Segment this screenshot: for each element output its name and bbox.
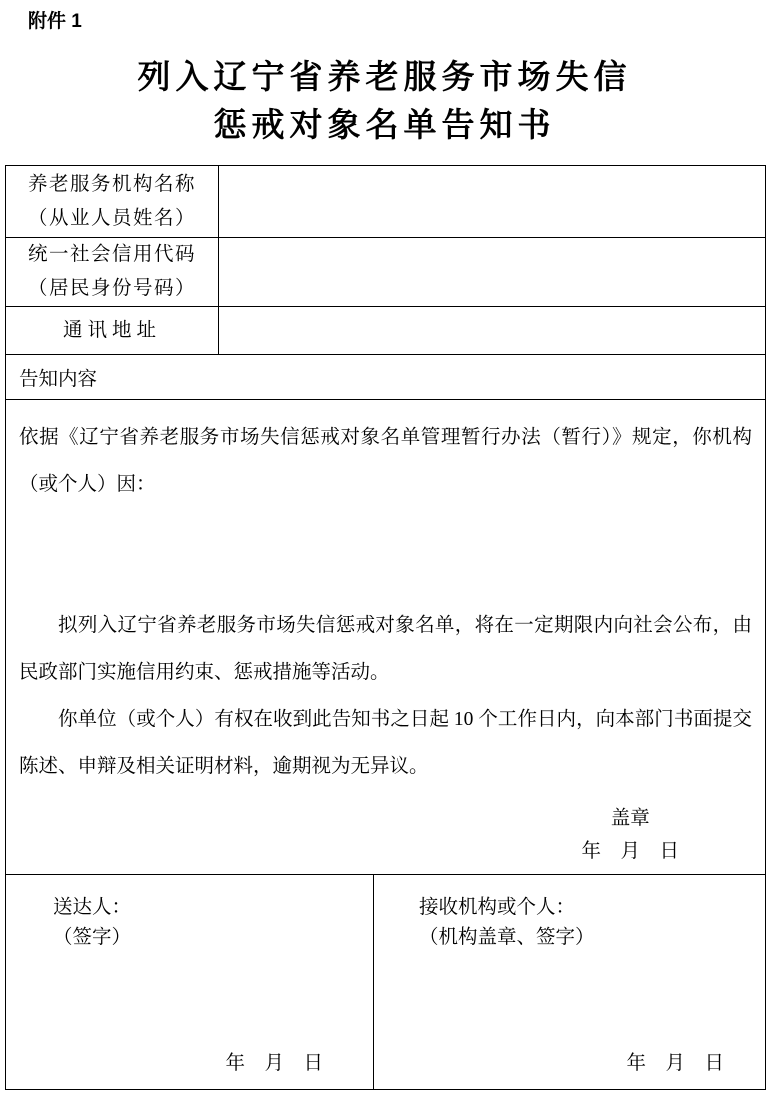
seal-date-line: 年 月 日	[581, 835, 679, 868]
notice-paragraph-listing: 拟列入辽宁省养老服务市场失信惩戒对象名单，将在一定期限内向社会公布，由民政部门实…	[19, 602, 752, 696]
credit-code-value-field[interactable]	[219, 238, 766, 307]
title-line-1: 列入辽宁省养老服务市场失信	[0, 54, 769, 102]
deliverer-label: 送达人：	[53, 893, 373, 923]
row-notice-body: 依据《辽宁省养老服务市场失信惩戒对象名单管理暂行办法（暂行）》规定，你机构（或个…	[6, 400, 766, 875]
row-address: 通讯地址	[6, 307, 766, 355]
institution-name-label-line1: 养老服务机构名称	[6, 168, 218, 202]
address-label: 通讯地址	[6, 307, 219, 355]
receiver-date-line: 年 月 日	[626, 1047, 724, 1075]
row-notice-header: 告知内容	[6, 355, 766, 400]
attachment-label: 附件 1	[28, 6, 82, 33]
institution-name-label: 养老服务机构名称 （从业人员姓名）	[6, 166, 219, 238]
notice-content-header: 告知内容	[6, 355, 766, 400]
row-credit-code: 统一社会信用代码 （居民身份号码）	[6, 238, 766, 307]
deliverer-signature-hint: （签字）	[53, 923, 373, 953]
notice-paragraph-basis: 依据《辽宁省养老服务市场失信惩戒对象名单管理暂行办法（暂行）》规定，你机构（或个…	[19, 414, 752, 508]
deliverer-cell: 送达人： （签字） 年 月 日	[6, 875, 374, 1090]
credit-code-label-line2: （居民身份号码）	[6, 272, 218, 306]
address-value-field[interactable]	[219, 307, 766, 355]
receiver-cell: 接收机构或个人： （机构盖章、签字） 年 月 日	[374, 875, 766, 1090]
document-title: 列入辽宁省养老服务市场失信 惩戒对象名单告知书	[0, 54, 769, 150]
receiver-label: 接收机构或个人：	[419, 893, 765, 923]
document-page: 附件 1 列入辽宁省养老服务市场失信 惩戒对象名单告知书 养老服务机构名称 （从…	[0, 0, 769, 1101]
receiver-cell-content: 接收机构或个人： （机构盖章、签字） 年 月 日	[374, 877, 765, 1087]
seal-label: 盖章	[581, 802, 679, 835]
notice-paragraph-rights: 你单位（或个人）有权在收到此告知书之日起 10 个工作日内，向本部门书面提交陈述…	[19, 696, 752, 790]
credit-code-label: 统一社会信用代码 （居民身份号码）	[6, 238, 219, 307]
deliverer-cell-content: 送达人： （签字） 年 月 日	[6, 877, 373, 1087]
receiver-labels: 接收机构或个人： （机构盖章、签字）	[419, 893, 765, 953]
deliverer-labels: 送达人： （签字）	[53, 893, 373, 953]
institution-name-value-field[interactable]	[219, 166, 766, 238]
deliverer-date-line: 年 月 日	[225, 1047, 323, 1075]
row-signatures: 送达人： （签字） 年 月 日 接收机构或个人： （机构盖章、签字） 年 月 日	[6, 875, 766, 1090]
notice-content-body: 依据《辽宁省养老服务市场失信惩戒对象名单管理暂行办法（暂行）》规定，你机构（或个…	[6, 400, 766, 875]
reason-blank-area[interactable]	[19, 508, 752, 602]
seal-block: 盖章 年 月 日	[581, 802, 679, 868]
row-institution-name: 养老服务机构名称 （从业人员姓名）	[6, 166, 766, 238]
credit-code-label-line1: 统一社会信用代码	[6, 238, 218, 272]
notice-form-table: 养老服务机构名称 （从业人员姓名） 统一社会信用代码 （居民身份号码） 通讯地址…	[5, 165, 766, 1090]
receiver-signature-hint: （机构盖章、签字）	[419, 923, 765, 953]
title-line-2: 惩戒对象名单告知书	[0, 102, 769, 150]
institution-name-label-line2: （从业人员姓名）	[6, 202, 218, 236]
